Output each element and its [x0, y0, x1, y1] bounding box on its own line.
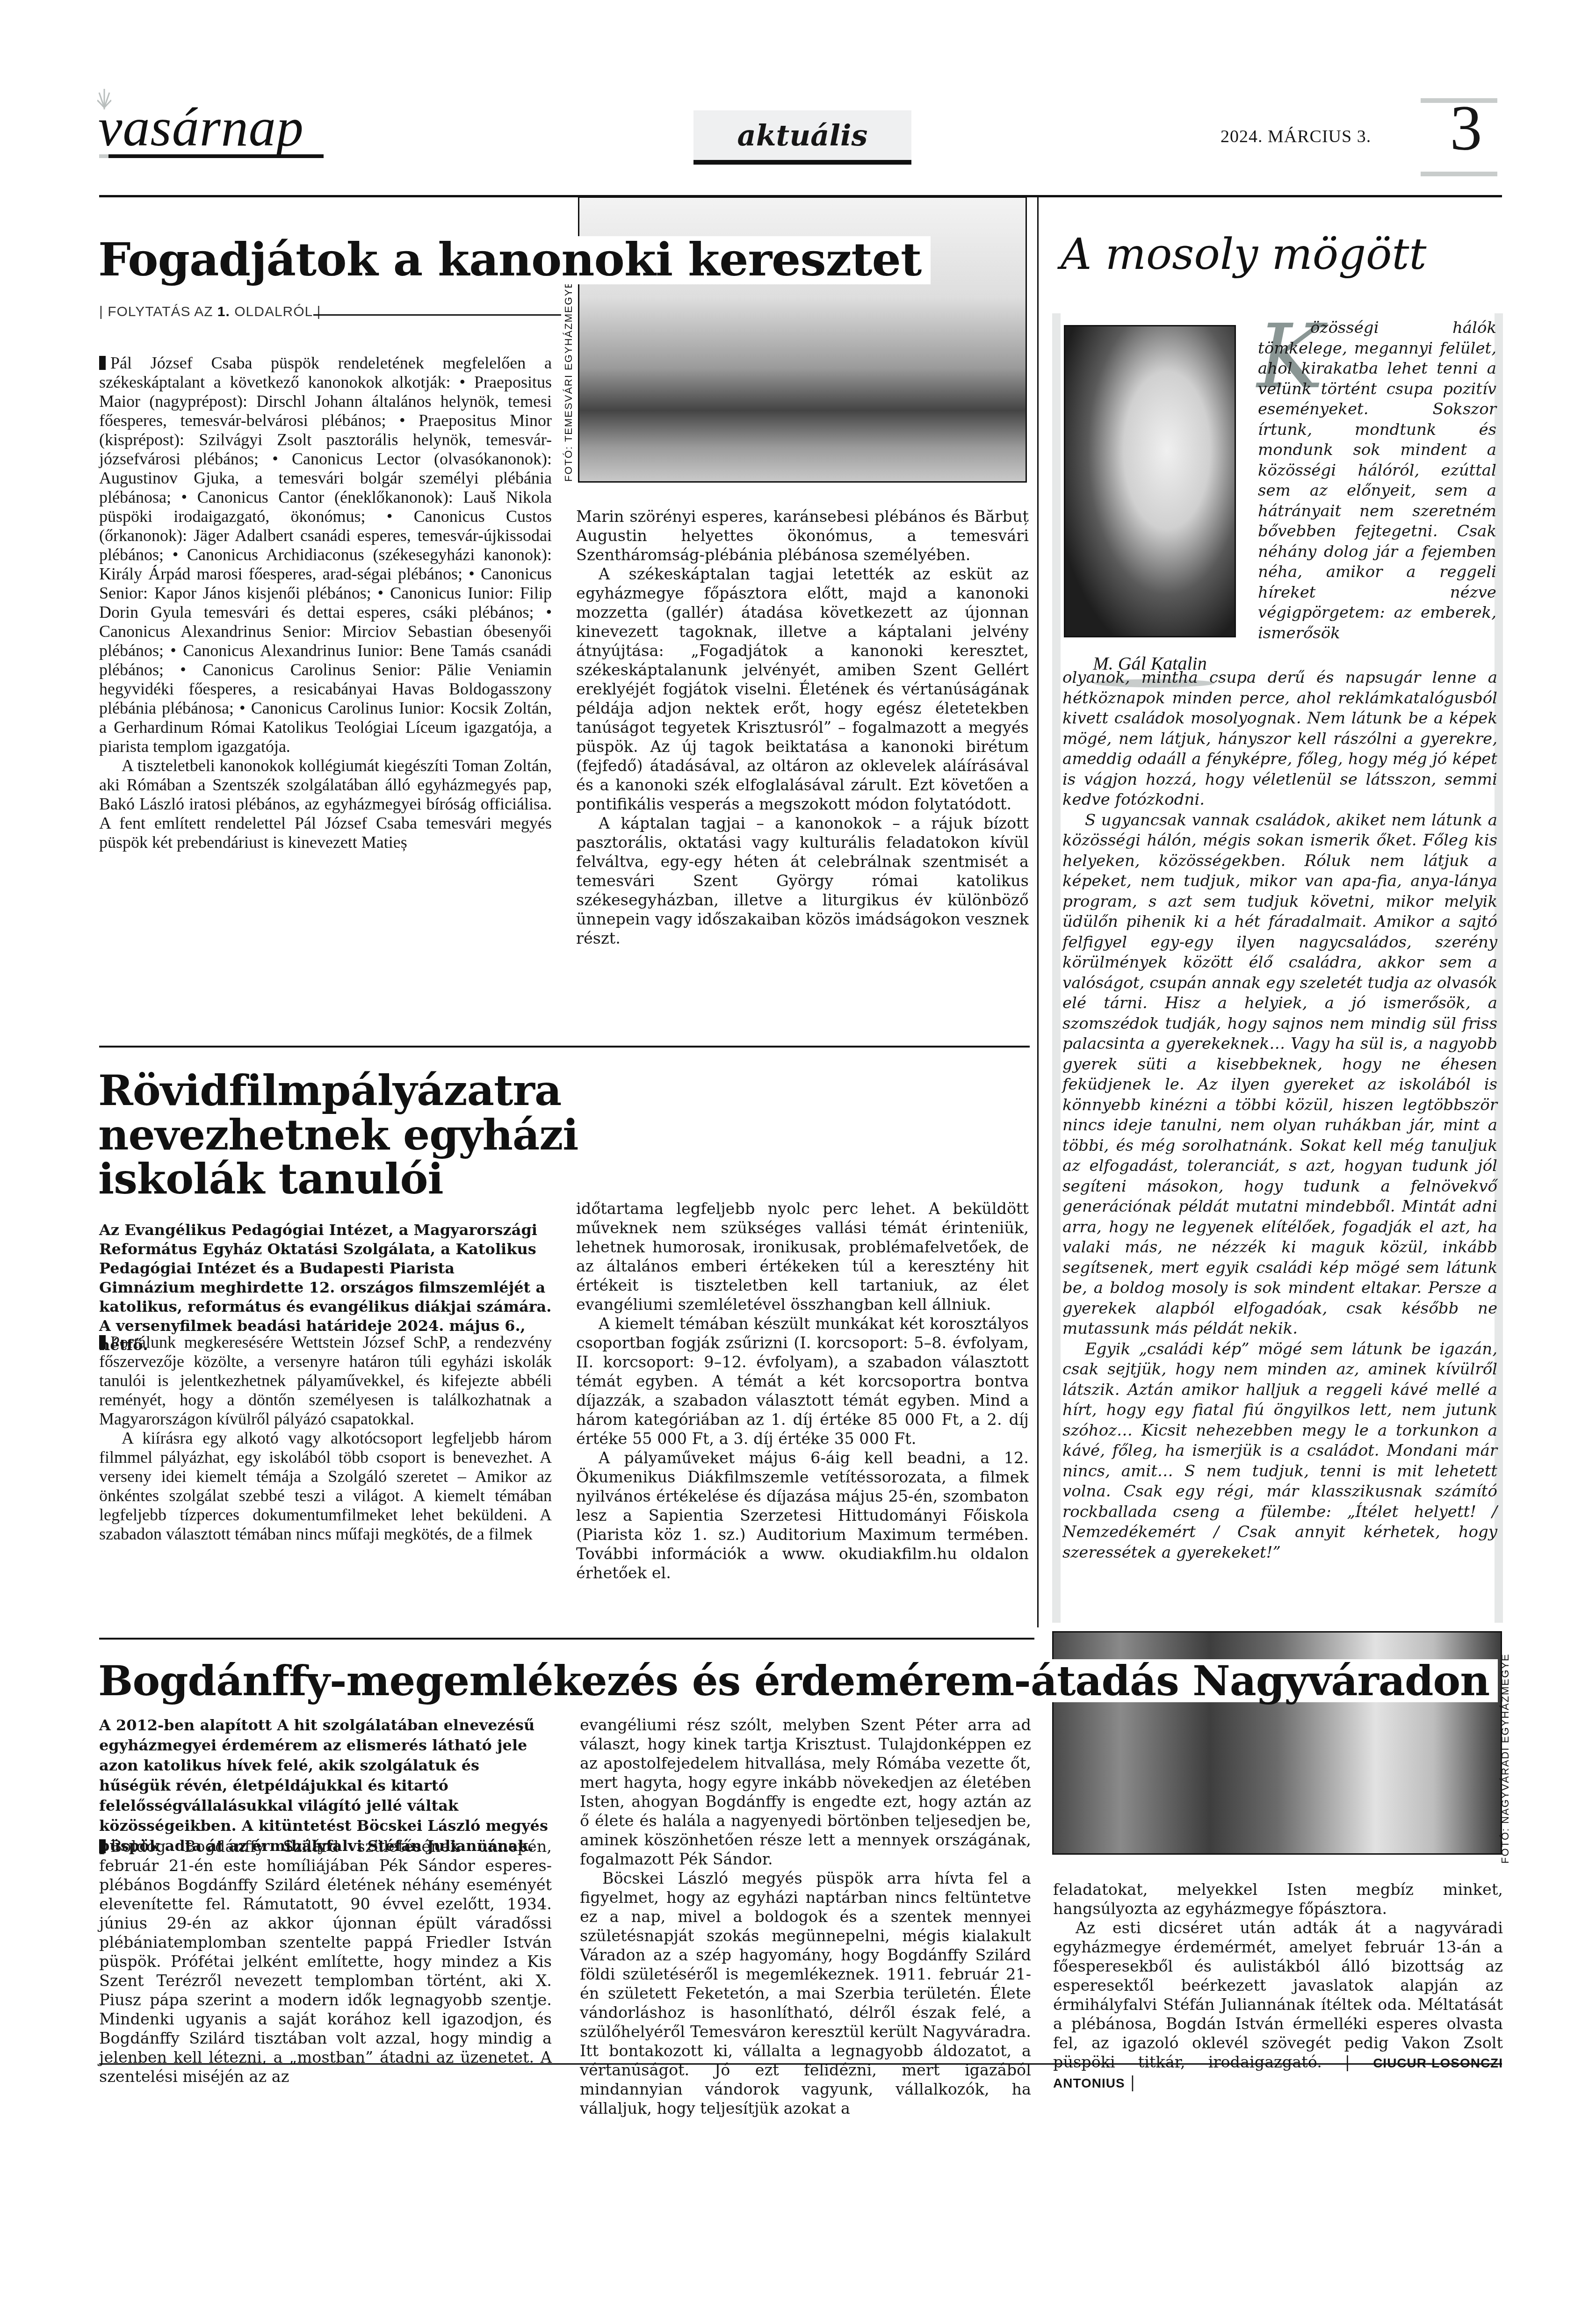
article-paragraph: Pál József Csaba püspök rendeletének meg…	[99, 354, 552, 756]
article-paragraph: Böcskei László megyés püspök arra hívta …	[580, 1869, 1031, 2118]
article-paragraph: A kiírásra egy alkotó vagy alkotócsoport…	[99, 1429, 552, 1544]
photo-credit: FOTÓ: NAGYVÁRADI EGYHÁZMEGYE	[1499, 1653, 1511, 1864]
article-column: Marin szörényi esperes, karánsebesi pléb…	[576, 507, 1029, 948]
article-column: evangéliumi rész szólt, melyben Szent Pé…	[580, 1715, 1031, 2118]
section-name: aktuális	[737, 118, 867, 152]
article-lead: A 2012-ben alapított A hit szolgálatában…	[99, 1715, 552, 1856]
opinion-title: A mosoly mögött	[1061, 229, 1426, 279]
article-paragraph: feladatokat, melyekkel Isten megbíz mink…	[1053, 1880, 1503, 1918]
page-bottom-rule	[99, 2063, 1502, 2065]
article-headline: Fogadjátok a kanonoki keresztet	[98, 236, 931, 284]
opinion-lead: özösségi hálók tömkelege, megannyi felül…	[1258, 318, 1496, 643]
paragraph-marker-icon	[99, 1839, 106, 1853]
section-label: aktuális	[693, 110, 911, 165]
article-paragraph: Az esti dicséret után adták át a nagyvár…	[1053, 1918, 1503, 2093]
logo-underline	[108, 154, 324, 158]
article-column: Boldog Bogdánffy Szilárd születésének ün…	[99, 1837, 552, 2086]
article-column: időtartama legfeljebb nyolc perc lehet. …	[576, 1199, 1029, 1583]
section-divider	[99, 1046, 1030, 1048]
page-number: 3	[1431, 96, 1501, 160]
article-paragraph: A kiemelt témában készült munkákat két k…	[576, 1314, 1029, 1448]
article-paragraph: A pályaműveket május 6-áig kell beadni, …	[576, 1448, 1029, 1583]
article-paragraph: Marin szörényi esperes, karánsebesi pléb…	[576, 507, 1029, 564]
logo-rule-accent	[99, 154, 108, 158]
issue-date: 2024. MÁRCIUS 3.	[1220, 126, 1371, 147]
article-paragraph: időtartama legfeljebb nyolc perc lehet. …	[576, 1199, 1029, 1314]
article-column: Pál József Csaba püspök rendeletének meg…	[99, 354, 552, 852]
opinion-paragraph: özösségi hálók tömkelege, megannyi felül…	[1258, 318, 1496, 643]
opinion-body: olyanok, mintha csupa derű és napsugár l…	[1062, 668, 1497, 1563]
article-headline: Rövidfilmpályázatra nevezhetnek egyházi …	[98, 1069, 753, 1201]
photo-credit: FOTÓ: TEMESVÁRI EGYHÁZMEGYE	[563, 281, 575, 482]
column-divider	[1037, 196, 1039, 1627]
article-column: feladatokat, melyekkel Isten megbíz mink…	[1053, 1880, 1503, 2093]
paragraph-marker-icon	[99, 356, 106, 370]
article-column: Portálunk megkeresésére Wettstein József…	[99, 1333, 552, 1544]
article-paragraph: A káptalan tagjai – a kanonokok – a ráju…	[576, 814, 1029, 948]
article-paragraph: evangéliumi rész szólt, melyben Szent Pé…	[580, 1715, 1031, 1869]
newspaper-logo[interactable]: vasárnap	[98, 101, 304, 155]
article-paragraph: A székeskáptalan tagjai letették az eskü…	[576, 564, 1029, 814]
opinion-paragraph: olyanok, mintha csupa derű és napsugár l…	[1062, 668, 1497, 810]
opinion-paragraph: S ugyancsak vannak családok, akiket nem …	[1062, 810, 1497, 1339]
page-number-bar-bottom	[1421, 172, 1497, 176]
paragraph-marker-icon	[99, 1335, 106, 1349]
article-paragraph: Boldog Bogdánffy Szilárd születésének ün…	[99, 1837, 552, 2086]
article-headline: Bogdánffy-megemlékezés és érdemérem-átad…	[98, 1659, 1498, 1702]
article-paragraph: Portálunk megkeresésére Wettstein József…	[99, 1333, 552, 1429]
opinion-paragraph: Egyik „családi kép” mögé sem látunk be i…	[1062, 1339, 1497, 1563]
continuation-rule	[313, 314, 561, 316]
continuation-note: | FOLYTATÁS AZ 1. OLDALRÓL |	[99, 304, 321, 320]
section-divider	[99, 1638, 1034, 1640]
author-portrait	[1064, 325, 1236, 637]
article-paragraph: A tiszteletbeli kanonokok kollégiumát ki…	[99, 756, 552, 852]
